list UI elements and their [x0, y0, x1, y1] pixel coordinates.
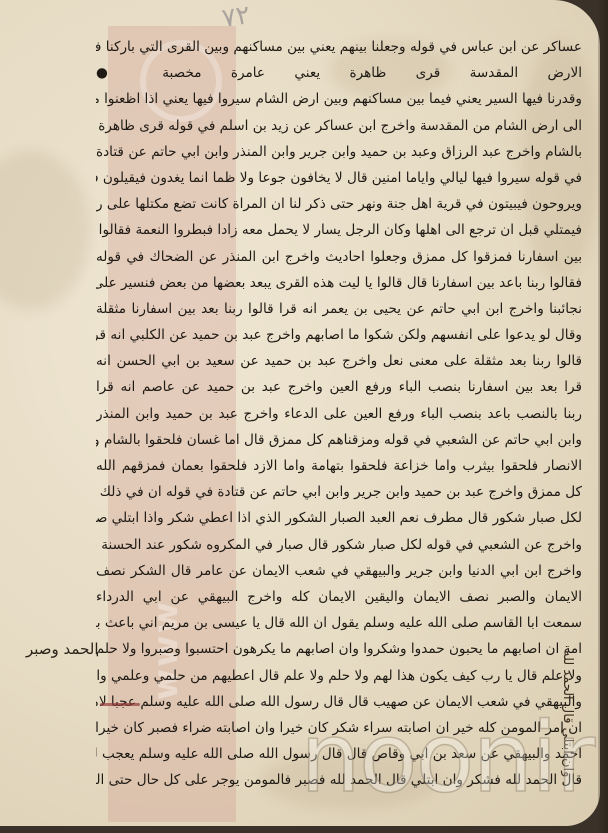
text-line: لكل صبار شكور قال مطرف نعم العبد الصبار … — [96, 505, 582, 531]
text-line: فقالوا ربنا باعد بين اسفارنا قال قالوا ي… — [96, 270, 582, 296]
text-line: واخرج ابن ابي الدنيا وابن جرير والبيهقي … — [96, 558, 582, 584]
text-line: قالوا ربنا بعد مثقلة على معنى نعل واخرج … — [96, 348, 582, 374]
text-line: وقدرنا فيها السير يعني فيما بين مساكنهم … — [96, 86, 582, 112]
paper-stain — [0, 150, 90, 310]
text-line: في قوله سيروا فيها ليالي واياما امنين قا… — [96, 165, 582, 191]
text-line: الارض المقدسة قرى ظاهرة يعني عامرة مخصبة… — [96, 60, 582, 86]
folio-number: ٧٢ — [220, 0, 252, 34]
page-edge-shadow — [598, 0, 608, 833]
text-line: قرا بعد بين اسفارنا بنصب الباء ورفع العي… — [96, 374, 582, 400]
text-line: امة ان اصابهم ما يحبون حمدوا وشكروا وان … — [96, 636, 582, 662]
text-line: ولا علم قال يا رب كيف يكون هذا لهم ولا ح… — [96, 663, 582, 689]
text-line: الى ارض الشام من المقدسة واخرج ابن عساكر… — [96, 113, 582, 139]
watermark-large-text: noonir — [300, 710, 593, 806]
rubric-underline — [100, 703, 140, 706]
text-line: فيمتلي قبل ان ترجع الى اهلها وكان الرجل … — [96, 217, 582, 243]
text-line: بين اسفارنا فمزقوا كل ممزق وجعلوا احاديث… — [96, 244, 582, 270]
text-line: واخرج عن الشعبي في قوله لكل صبار شكور قا… — [96, 532, 582, 558]
text-line: الايمان والصبر نصف الايمان واليقين الايم… — [96, 584, 582, 610]
text-line: وقال لو يدعوا على انفسهم ولكن شكوا ما اص… — [96, 322, 582, 348]
manuscript-text-block: عساكر عن ابن عباس في قوله وجعلنا بينهم ي… — [96, 34, 582, 793]
text-line: نجائبنا واخرج ابن ابي حاتم عن يحيى بن يع… — [96, 296, 582, 322]
text-line: عساكر عن ابن عباس في قوله وجعلنا بينهم ي… — [96, 34, 582, 60]
text-line: الانصار فلحقوا بيثرب واما خزاعة فلحقوا ب… — [96, 453, 582, 479]
text-line: وابن ابي حاتم عن الشعبي في قوله ومزقناهم… — [96, 427, 582, 453]
text-line: كل ممزق واخرج عبد بن حميد وابن جرير وابن… — [96, 479, 582, 505]
text-line: ويروحون فيبيتون في قرية اهل جنة ونهر حتى… — [96, 191, 582, 217]
margin-note-left: الحمد وصبر — [26, 640, 99, 658]
manuscript-page: www ٧٢ عساكر عن ابن عباس في قوله وجعلنا … — [0, 0, 600, 826]
text-line: بالشام واخرج عبد الرزاق وعبد بن حميد واب… — [96, 139, 582, 165]
text-line: ربنا بالنصب باعد بنصب الباء ورفع العين ع… — [96, 401, 582, 427]
text-line: سمعت ابا القاسم صلى الله عليه وسلم يقول … — [96, 610, 582, 636]
